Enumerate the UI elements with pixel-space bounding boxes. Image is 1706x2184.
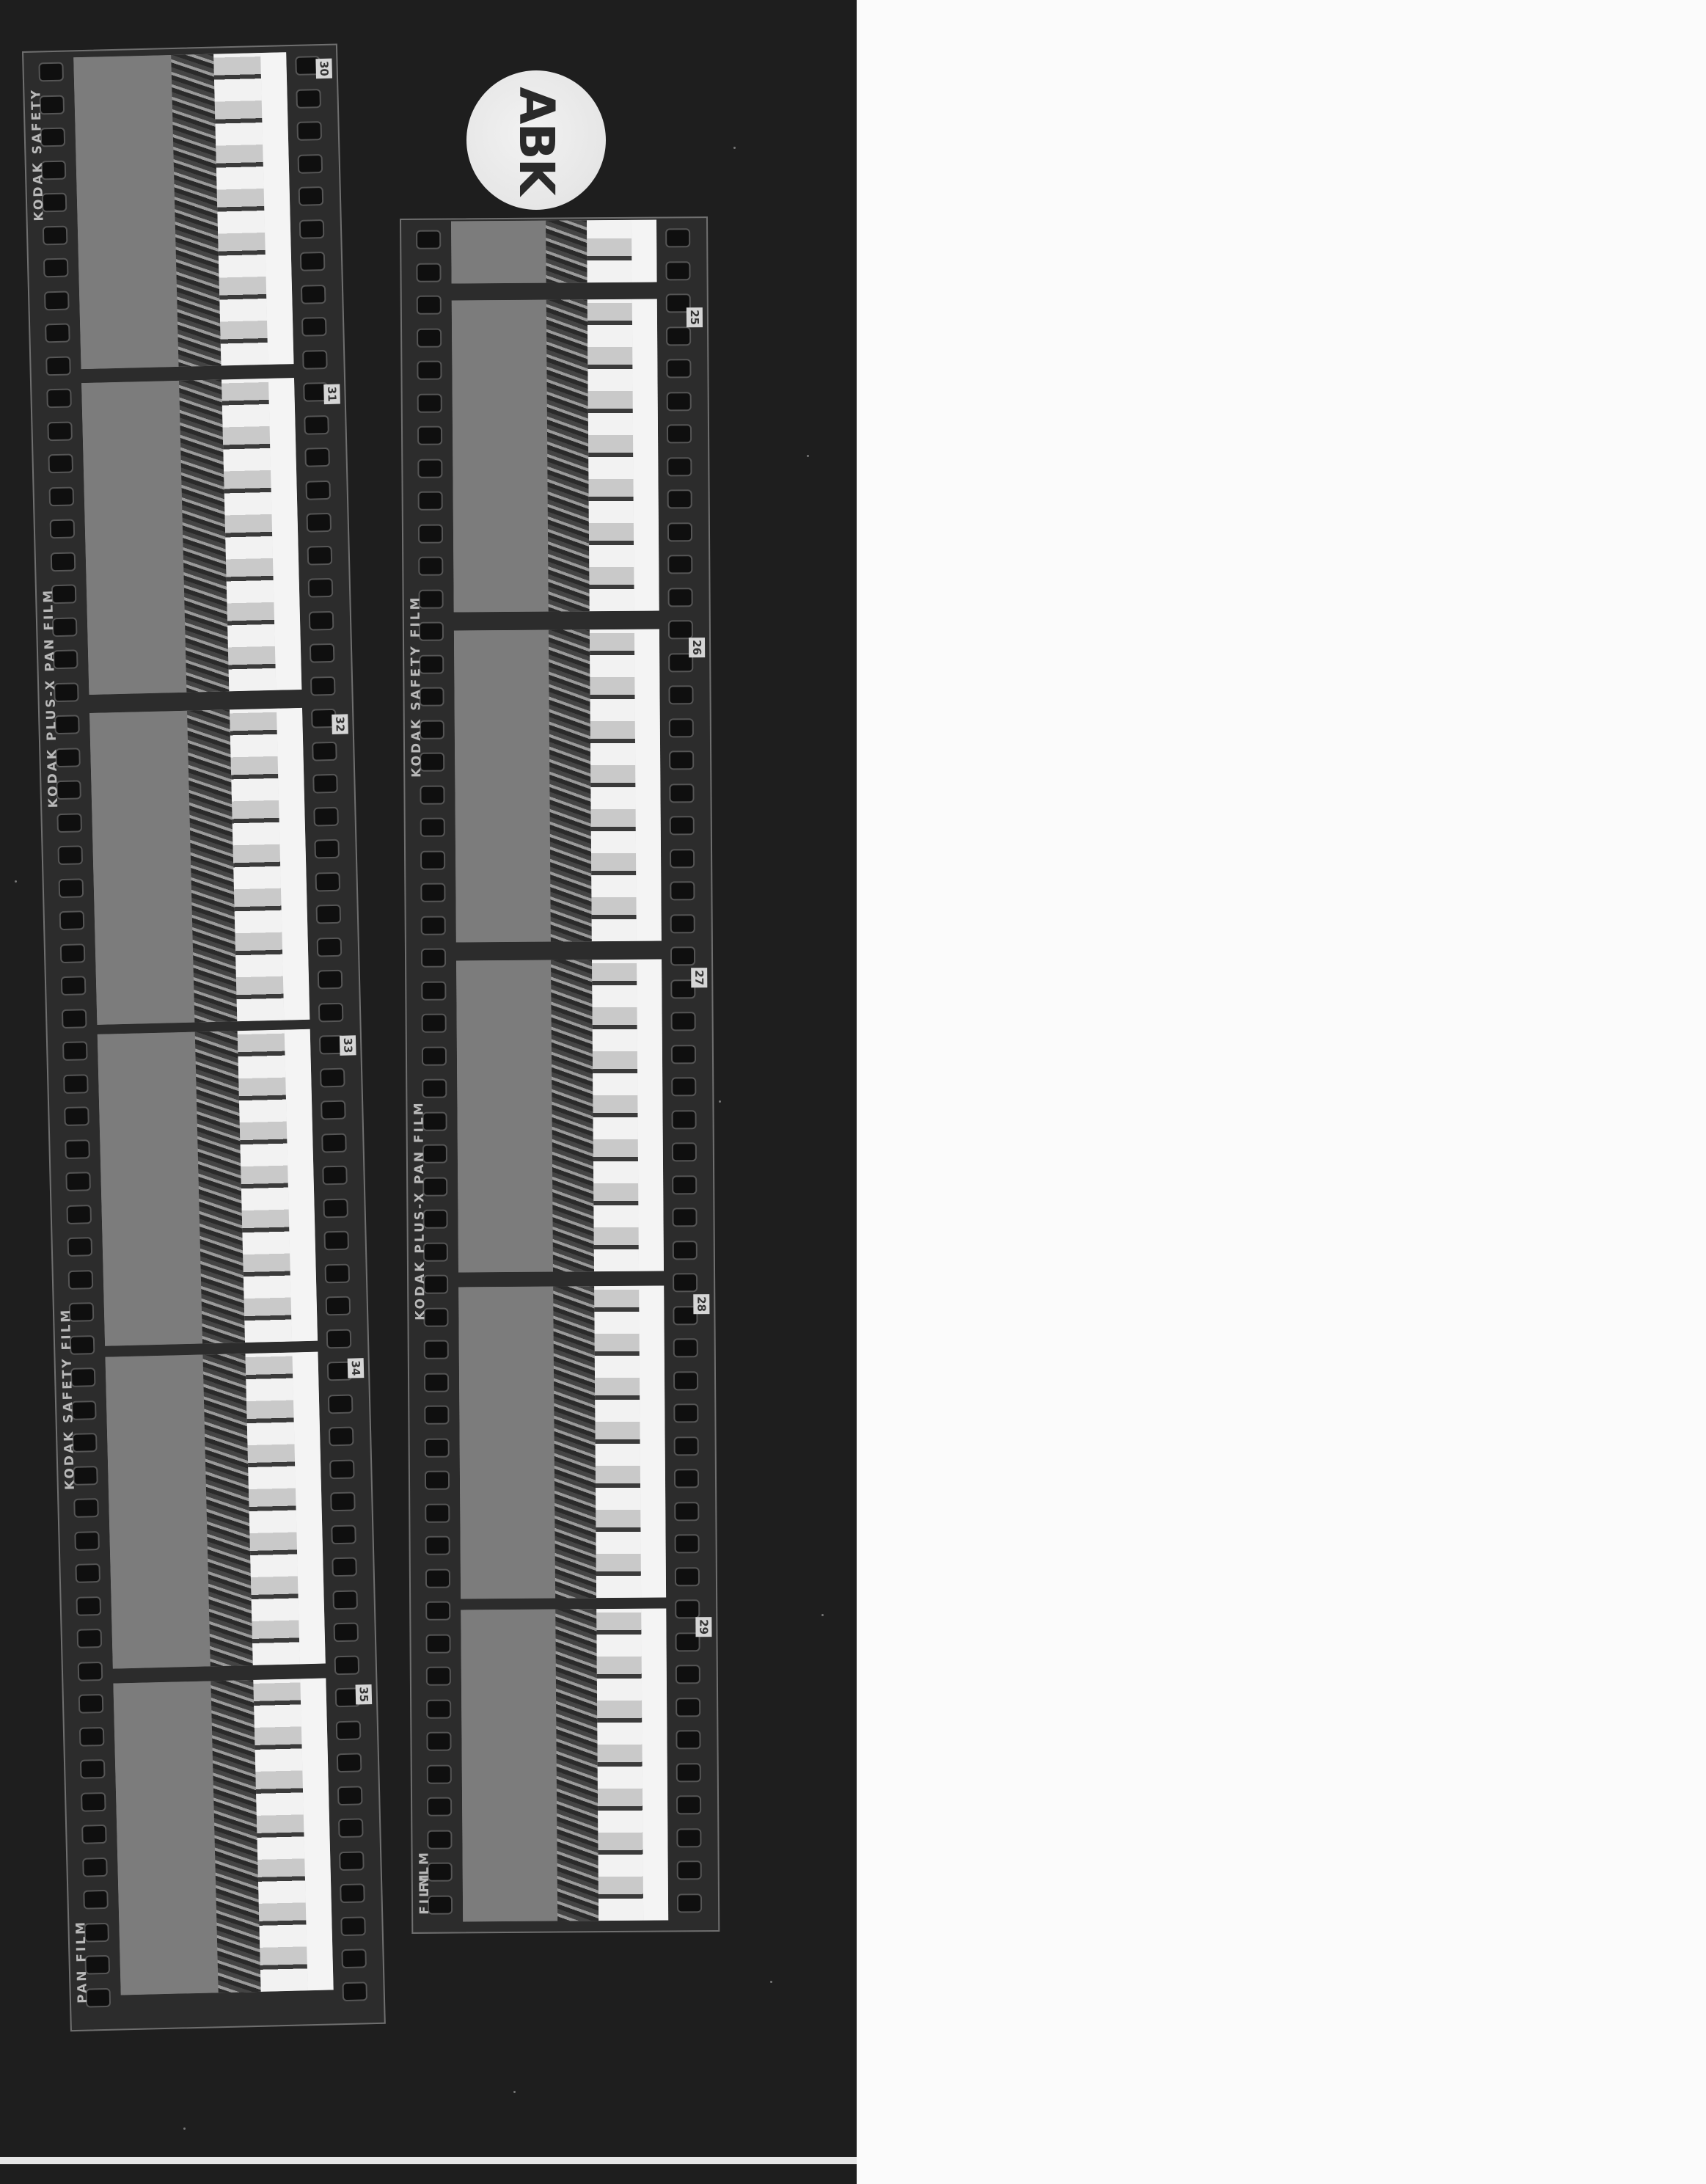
sprocket-hole xyxy=(675,1534,700,1553)
sprocket-hole xyxy=(56,813,82,833)
frame-number: 28 xyxy=(693,1294,709,1314)
sprocket-hole xyxy=(328,1394,354,1414)
film-frame xyxy=(89,708,310,1025)
frame-scene-court xyxy=(458,1287,559,1599)
sprocket-hole xyxy=(336,1720,362,1740)
frame-scene-court xyxy=(89,711,199,1025)
sprocket-hole xyxy=(676,1665,700,1684)
sprocket-hole xyxy=(49,486,75,506)
sprocket-hole xyxy=(425,1568,450,1588)
sprocket-hole xyxy=(326,1329,352,1348)
sprocket-hole xyxy=(418,492,443,511)
frame-number: 32 xyxy=(332,714,348,734)
sprocket-hole xyxy=(667,522,692,541)
sprocket-hole xyxy=(422,1014,447,1033)
sprocket-hole xyxy=(422,1079,447,1098)
sprocket-hole xyxy=(301,284,326,304)
sprocket-hole xyxy=(417,393,442,412)
sprocket-hole xyxy=(676,1730,700,1749)
sprocket-hole xyxy=(667,489,692,508)
frame-scene-sky xyxy=(634,629,662,941)
sprocket-hole xyxy=(673,1338,698,1357)
sprocket-hole xyxy=(83,1890,109,1910)
sprocket-hole xyxy=(665,261,690,280)
sprocket-hole xyxy=(424,1373,449,1392)
frame-scene-court xyxy=(113,1681,223,1995)
sprocket-hole xyxy=(417,459,442,478)
frame-number: 35 xyxy=(356,1684,373,1704)
film-edge-marking: PAN FILM xyxy=(73,1920,90,2004)
frame-scene-sky xyxy=(631,220,656,282)
sprocket-hole xyxy=(672,1142,697,1161)
sprocket-hole xyxy=(65,1139,90,1159)
frame-scene-crowd xyxy=(551,960,594,1271)
sprocket-hole xyxy=(673,1273,698,1292)
sprocket-hole xyxy=(676,1763,701,1782)
sprocket-hole xyxy=(670,816,695,835)
sprocket-hole xyxy=(667,392,692,411)
film-frame xyxy=(81,378,301,695)
film-frame xyxy=(106,1352,326,1669)
dust-speck xyxy=(15,880,17,883)
film-frame xyxy=(454,629,662,943)
sprocket-hole xyxy=(416,230,441,249)
sprocket-hole xyxy=(424,1340,449,1359)
frame-scene-sky xyxy=(642,1609,669,1921)
sprocket-hole xyxy=(316,905,342,924)
frame-number: 27 xyxy=(691,968,707,987)
sprocket-hole xyxy=(300,252,326,271)
sprocket-hole xyxy=(669,718,694,737)
frame-scene-court xyxy=(456,960,557,1273)
sprocket-hole xyxy=(331,1524,356,1544)
sprocket-hole xyxy=(425,1634,450,1653)
sprocket-hole xyxy=(340,1916,366,1936)
frame-scene-court xyxy=(73,55,183,369)
sprocket-hole xyxy=(44,291,70,310)
sprocket-hole xyxy=(418,557,443,576)
sprocket-hole xyxy=(81,1825,107,1844)
sprocket-hole xyxy=(426,1732,451,1751)
sprocket-hole xyxy=(299,219,325,239)
frame-number: 29 xyxy=(695,1617,711,1637)
sprocket-hole xyxy=(307,545,333,565)
frame-scene-bldg xyxy=(596,1609,644,1921)
film-frame xyxy=(113,1679,333,1995)
sprocket-hole xyxy=(61,976,87,996)
sprocket-hole xyxy=(305,480,331,500)
sprocket-hole xyxy=(64,1106,89,1126)
sprocket-hole xyxy=(329,1459,355,1479)
frame-scene-crowd xyxy=(555,1609,598,1921)
dust-speck xyxy=(821,1614,824,1616)
sprocket-hole xyxy=(59,878,84,898)
sprocket-hole xyxy=(67,1237,93,1257)
frame-scene-court xyxy=(98,1031,208,1345)
sprocket-hole xyxy=(47,421,73,441)
sprocket-hole xyxy=(81,1792,106,1811)
sprocket-hole xyxy=(675,1567,700,1586)
sprocket-hole xyxy=(416,263,441,282)
sprocket-hole xyxy=(342,1982,367,2001)
sprocket-hole xyxy=(310,643,335,663)
sprocket-hole xyxy=(310,676,336,695)
frame-scene-sky xyxy=(637,960,664,1271)
sprocket-hole xyxy=(667,457,692,476)
sprocket-hole xyxy=(51,552,76,571)
frame-scene-crowd xyxy=(179,379,229,692)
sprocket-hole xyxy=(307,513,332,533)
sprocket-hole xyxy=(427,1764,452,1783)
sprocket-hole xyxy=(326,1296,351,1316)
dust-speck xyxy=(733,147,736,149)
sprocket-hole xyxy=(673,1241,698,1260)
contact-sheet-board: ABK 303132333435KODAK SAFETYKODAK PLUS-X… xyxy=(0,0,857,2184)
film-frame xyxy=(98,1029,318,1346)
sprocket-hole xyxy=(425,1438,450,1457)
sprocket-hole xyxy=(671,1012,696,1031)
sprocket-hole xyxy=(667,424,692,443)
sprocket-hole xyxy=(80,1759,106,1779)
frame-scene-bldg xyxy=(222,379,276,691)
film-frame xyxy=(456,960,664,1273)
sprocket-hole xyxy=(313,806,339,826)
sprocket-hole xyxy=(299,186,324,206)
frame-scene-crowd xyxy=(546,299,590,611)
sprocket-hole xyxy=(417,361,442,380)
sprocket-hole xyxy=(334,1655,360,1675)
sprocket-hole xyxy=(426,1667,451,1686)
board-edge-highlight xyxy=(0,2157,857,2164)
label-sticker-text: ABK xyxy=(508,87,565,194)
sprocket-hole xyxy=(669,750,694,770)
sprocket-hole xyxy=(421,981,446,1000)
sprocket-hole xyxy=(60,943,86,963)
frame-scene-crowd xyxy=(195,1031,245,1343)
film-strip-right: 2526272829FILMKODAK SAFETY FILMKODAK PLU… xyxy=(400,216,720,1934)
sprocket-hole xyxy=(672,1175,697,1194)
film-edge-marking: FILM xyxy=(417,1872,432,1915)
sprocket-hole xyxy=(78,1661,103,1681)
frame-scene-bldg xyxy=(230,709,284,1021)
sprocket-hole xyxy=(332,1557,357,1577)
frame-scene-crowd xyxy=(546,220,587,282)
frame-scene-bldg xyxy=(590,629,637,941)
sprocket-hole xyxy=(57,845,83,865)
sprocket-hole xyxy=(676,1698,700,1717)
sprocket-row xyxy=(416,220,454,1932)
frame-number: 30 xyxy=(315,59,332,78)
sprocket-hole xyxy=(332,1590,358,1610)
sprocket-hole xyxy=(337,1753,362,1772)
sprocket-hole xyxy=(339,1851,365,1871)
sprocket-hole xyxy=(330,1491,356,1511)
frame-scene-bldg xyxy=(587,220,632,282)
film-edge-marking: KODAK SAFETY FILM xyxy=(409,595,425,777)
sprocket-hole xyxy=(78,1694,104,1714)
frame-scene-bldg xyxy=(214,53,268,365)
sprocket-hole xyxy=(427,1797,452,1816)
frame-scene-crowd xyxy=(211,1680,261,1993)
frame-number: 26 xyxy=(689,638,705,657)
sprocket-hole xyxy=(417,328,442,347)
frame-scene-crowd xyxy=(203,1354,253,1666)
frame-scene-bldg xyxy=(592,960,640,1271)
sprocket-hole xyxy=(43,225,68,245)
frame-number: 31 xyxy=(323,384,340,404)
sprocket-hole xyxy=(302,349,328,369)
sprocket-hole xyxy=(417,296,442,315)
sprocket-hole xyxy=(320,1067,345,1087)
frame-scene-bldg xyxy=(254,1679,308,1991)
sprocket-hole xyxy=(325,1263,351,1283)
sprocket-hole xyxy=(677,1860,702,1880)
frame-scene-crowd xyxy=(549,629,592,941)
sprocket-hole xyxy=(420,818,445,837)
dust-speck xyxy=(770,1981,772,1983)
sprocket-hole xyxy=(318,970,343,990)
sprocket-hole xyxy=(62,1041,88,1061)
sprocket-hole xyxy=(312,741,337,761)
sprocket-hole xyxy=(38,62,64,82)
sprocket-hole xyxy=(420,785,444,804)
sprocket-hole xyxy=(675,1599,700,1618)
sprocket-hole xyxy=(670,881,695,900)
sprocket-hole xyxy=(669,784,694,803)
sprocket-hole xyxy=(674,1502,699,1521)
sprocket-hole xyxy=(670,914,695,933)
sprocket-hole xyxy=(298,154,323,174)
sprocket-hole xyxy=(329,1427,354,1447)
sprocket-row xyxy=(665,218,703,1930)
frame-scene-court xyxy=(106,1354,216,1668)
dust-speck xyxy=(807,455,809,457)
sprocket-hole xyxy=(676,1795,701,1814)
frame-number: 25 xyxy=(687,307,703,327)
frame-scene-crowd xyxy=(187,709,237,1022)
sprocket-hole xyxy=(670,849,695,868)
sprocket-hole xyxy=(425,1602,450,1621)
sprocket-hole xyxy=(65,1172,91,1191)
sprocket-hole xyxy=(422,1046,447,1065)
sprocket-hole xyxy=(676,1828,701,1847)
sprocket-hole xyxy=(673,1371,698,1390)
sprocket-hole xyxy=(418,524,443,543)
sprocket-hole xyxy=(68,1270,94,1290)
film-strip-left: 303132333435KODAK SAFETYKODAK PLUS-X PAN… xyxy=(22,43,386,2031)
sprocket-hole xyxy=(46,388,72,408)
sprocket-hole xyxy=(62,1009,87,1029)
frame-scene-bldg xyxy=(587,299,635,611)
film-frame xyxy=(452,299,659,613)
frame-scene-crowd xyxy=(553,1286,596,1598)
sprocket-hole xyxy=(296,89,321,109)
sprocket-hole xyxy=(43,258,69,278)
sprocket-hole xyxy=(73,1498,99,1518)
sprocket-hole xyxy=(668,685,693,704)
sprocket-hole xyxy=(671,1077,696,1096)
frame-number: 33 xyxy=(340,1035,356,1055)
sprocket-hole xyxy=(309,610,334,630)
sprocket-hole xyxy=(66,1205,92,1224)
sprocket-hole xyxy=(82,1857,108,1877)
frame-scene-sky xyxy=(640,1286,667,1598)
frame-scene-court xyxy=(461,1610,561,1922)
sprocket-hole xyxy=(322,1166,348,1186)
frame-scene-court xyxy=(452,300,552,613)
sprocket-hole xyxy=(677,1893,702,1913)
sprocket-hole xyxy=(45,356,71,376)
sprocket-hole xyxy=(318,1002,344,1022)
sprocket-hole xyxy=(425,1471,450,1490)
sprocket-hole xyxy=(304,448,330,467)
sprocket-hole xyxy=(45,324,70,343)
sprocket-hole xyxy=(323,1198,348,1218)
sprocket-hole xyxy=(77,1629,103,1648)
dust-speck xyxy=(719,1100,721,1103)
sprocket-hole xyxy=(315,872,340,891)
sprocket-hole xyxy=(666,359,691,378)
sprocket-hole xyxy=(76,1596,101,1616)
film-edge-marking: KODAK PLUS-X PAN FILM xyxy=(411,1100,428,1321)
sprocket-hole xyxy=(670,946,695,965)
frame-scene-court xyxy=(81,381,191,695)
sprocket-hole xyxy=(317,937,343,957)
sprocket-hole xyxy=(340,1883,365,1903)
sprocket-hole xyxy=(668,620,693,639)
sprocket-hole xyxy=(314,839,340,859)
sprocket-hole xyxy=(50,519,76,538)
sprocket-hole xyxy=(421,949,446,968)
sprocket-hole xyxy=(321,1100,346,1120)
sprocket-hole xyxy=(63,1074,89,1094)
sprocket-hole xyxy=(425,1503,450,1522)
film-frame xyxy=(458,1286,666,1599)
sprocket-hole xyxy=(671,1045,696,1064)
sprocket-hole xyxy=(74,1531,100,1551)
sprocket-hole xyxy=(665,228,690,247)
sprocket-hole xyxy=(668,588,693,607)
sprocket-hole xyxy=(427,1830,452,1849)
sprocket-hole xyxy=(420,883,445,902)
frame-scene-crowd xyxy=(172,54,222,367)
sprocket-hole xyxy=(420,850,445,869)
sprocket-hole xyxy=(341,1949,367,1968)
sprocket-hole xyxy=(666,326,691,346)
sprocket-hole xyxy=(673,1403,698,1422)
sprocket-hole xyxy=(312,774,338,794)
film-frame xyxy=(451,220,657,284)
frame-scene-bldg xyxy=(594,1286,642,1598)
frame-number: 34 xyxy=(348,1358,365,1378)
sprocket-hole xyxy=(667,555,692,574)
sprocket-hole xyxy=(338,1818,364,1838)
sprocket-hole xyxy=(425,1536,450,1555)
frame-scene-bldg xyxy=(246,1353,300,1665)
sprocket-hole xyxy=(674,1469,699,1488)
sprocket-hole xyxy=(671,1110,696,1129)
sprocket-hole xyxy=(308,578,334,598)
sprocket-hole xyxy=(417,426,442,445)
sprocket-hole xyxy=(426,1699,451,1718)
sprocket-hole xyxy=(301,317,327,337)
sprocket-hole xyxy=(59,910,85,930)
frame-scene-bldg xyxy=(238,1030,292,1343)
label-sticker: ABK xyxy=(466,70,606,210)
sprocket-hole xyxy=(323,1231,349,1251)
sprocket-hole xyxy=(672,1208,697,1227)
frame-scene-sky xyxy=(632,299,659,611)
sprocket-hole xyxy=(296,121,322,141)
sprocket-hole xyxy=(75,1563,100,1583)
sprocket-hole xyxy=(321,1133,347,1153)
film-frame xyxy=(73,52,293,369)
sprocket-hole xyxy=(424,1406,449,1425)
sprocket-hole xyxy=(48,453,73,473)
dust-speck xyxy=(183,2128,186,2130)
dust-speck xyxy=(513,2091,516,2093)
sprocket-hole xyxy=(674,1436,699,1456)
sprocket-hole xyxy=(421,916,446,935)
frame-scene-court xyxy=(451,221,550,284)
sprocket-hole xyxy=(79,1726,105,1746)
sprocket-hole xyxy=(333,1622,359,1642)
sprocket-hole xyxy=(304,414,329,434)
film-frame xyxy=(461,1609,668,1922)
frame-scene-court xyxy=(454,630,554,943)
sprocket-hole xyxy=(337,1786,363,1805)
